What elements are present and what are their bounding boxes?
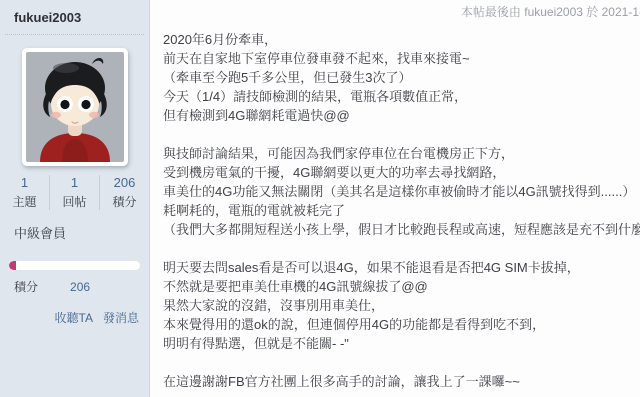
follow-link[interactable]: 收聽TA	[55, 309, 93, 326]
post-line: 今天（1/4）請技師檢測的結果，電瓶各項數值正常，	[163, 87, 640, 106]
stat-item: 1 回帖	[49, 175, 99, 210]
avatar[interactable]	[22, 48, 128, 166]
stat-value[interactable]: 1	[0, 175, 49, 190]
score-row: 積分206	[14, 278, 135, 295]
message-link[interactable]: 發消息	[103, 309, 139, 326]
post-line: 耗啊耗的，電瓶的電就被耗完了	[163, 201, 640, 220]
post-line	[163, 353, 640, 372]
score-value: 206	[70, 280, 90, 294]
post-meta-row: 本帖最後由 fukuei2003 於 2021-1-	[151, 3, 640, 21]
forum-post-page: fukuei2003	[0, 0, 640, 397]
post-line: 2020年6月份牽車，	[163, 30, 640, 49]
post-line: 不然就是要把車美仕車機的4G訊號線拔了@@	[163, 277, 640, 296]
post-line: 明明有得點選，但就是不能關- -"	[163, 334, 640, 353]
stat-value[interactable]: 1	[50, 175, 99, 190]
post-line	[163, 239, 640, 258]
member-rank: 中級會員	[14, 223, 135, 242]
score-progress-fill	[9, 261, 16, 270]
post-content-area: 本帖最後由 fukuei2003 於 2021-1- 2020年6月份牽車， 前…	[151, 0, 640, 397]
post-edited-note: 本帖最後由 fukuei2003 於 2021-1-	[461, 5, 640, 19]
author-stats: 1 主題 1 回帖 206 積分	[0, 175, 149, 210]
post-line: 明天要去問sales看是否可以退4G，如果不能退看是否把4G SIM卡拔掉，	[163, 258, 640, 277]
stat-item: 1 主題	[0, 175, 49, 210]
author-actions: 收聽TA 發消息	[0, 309, 149, 326]
post-body: 2020年6月份牽車， 前天在自家地下室停車位發車發不起來，找車來接電~ （牽車…	[163, 30, 640, 391]
post-line	[163, 125, 640, 144]
post-line: 前天在自家地下室停車位發車發不起來，找車來接電~	[163, 49, 640, 68]
post-line: 在這邊謝謝FB官方社團上很多高手的討論，讓我上了一課囉~~	[163, 372, 640, 391]
sidebar-divider	[5, 34, 144, 35]
post-line: （我們大多都開短程送小孩上學，假日才比較跑長程或高速，短程應該是充不到什麼電）	[163, 220, 640, 239]
stat-item: 206 積分	[99, 175, 149, 210]
author-sidebar: fukuei2003	[0, 0, 150, 397]
stat-label: 回帖	[50, 193, 99, 210]
post-line: 與技師討論結果，可能因為我們家停車位在台電機房正下方，	[163, 144, 640, 163]
stat-label: 主題	[0, 193, 49, 210]
post-line: 果然大家說的沒錯，沒事別用車美仕，	[163, 296, 640, 315]
author-username[interactable]: fukuei2003	[0, 0, 149, 34]
post-line: 受到機房電氣的干擾，4G聯網要以更大的功率去尋找網路，	[163, 163, 640, 182]
post-line: （牽車至今跑5千多公里，但已發生3次了）	[163, 68, 640, 87]
stat-label: 積分	[100, 193, 149, 210]
post-line: 但有檢測到4G聯網耗電過快@@	[163, 106, 640, 125]
score-label: 積分	[14, 280, 38, 294]
post-line: 車美仕的4G功能又無法關閉（美其名是這樣你車被偷時才能以4G訊號找得到.....…	[163, 182, 640, 201]
stat-value[interactable]: 206	[100, 175, 149, 190]
post-line: 本來覺得用的還ok的說，但連個停用4G的功能都是看得到吃不到，	[163, 315, 640, 334]
score-progress	[9, 261, 140, 270]
avatar-illustration	[26, 52, 124, 162]
